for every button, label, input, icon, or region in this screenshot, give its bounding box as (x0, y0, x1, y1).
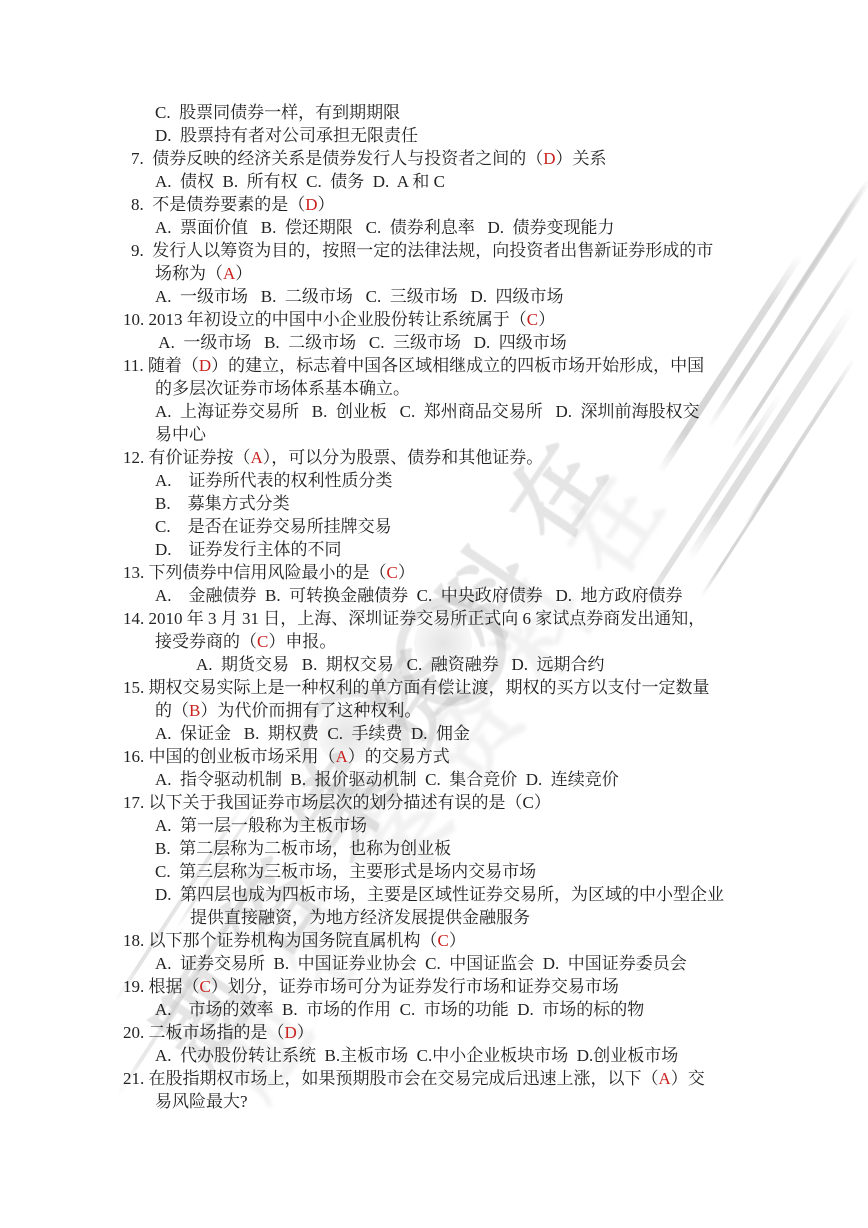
line-text: 13. 下列债券中信用风险最小的是（ (123, 563, 387, 582)
document-line: 场称为（A） (0, 262, 868, 285)
answer-letter: C (257, 632, 268, 651)
line-text: 10. 2013 年初设立的中国中小企业股份转让系统属于（ (123, 310, 527, 329)
line-text: 易中心 (155, 425, 206, 444)
line-text: D. 股票持有者对公司承担无限责任 (155, 126, 418, 145)
document-line: B. 募集方式分类 (0, 492, 868, 515)
line-text: 8. 不是债券要素的是（ (131, 195, 305, 214)
document-page: { "page": {"background": "#ffffff", "tex… (0, 0, 868, 1228)
document-line: A. 代办股份转让系统 B.主板市场 C.中小企业板块市场 D.创业板市场 (0, 1044, 868, 1067)
document-line: 11. 随着（D）的建立，标志着中国各区域相继成立的四板市场开始形成，中国 (0, 354, 868, 377)
document-line: 接受券商的（C）申报。 (0, 630, 868, 653)
question-list: C. 股票同债券一样，有到期期限D. 股票持有者对公司承担无限责任7. 债券反映… (0, 101, 868, 1113)
document-line: C. 第三层称为三板市场，主要形式是场内交易市场 (0, 860, 868, 883)
document-line: 易风险最大? (0, 1090, 868, 1113)
line-text: B. 第二层称为二板市场，也称为创业板 (155, 839, 451, 858)
line-text: A. 市场的效率 B. 市场的作用 C. 市场的功能 D. 市场的标的物 (155, 1000, 644, 1019)
answer-letter: C (200, 977, 211, 996)
document-line: A. 期货交易 B. 期权交易 C. 融资融券 D. 远期合约 (0, 653, 868, 676)
document-line: 8. 不是债券要素的是（D） (0, 193, 868, 216)
document-line: C. 是否在证券交易所挂牌交易 (0, 515, 868, 538)
answer-letter: B (189, 701, 200, 720)
line-text: ） (398, 563, 415, 582)
document-line: 18. 以下那个证券机构为国务院直属机构（C） (0, 929, 868, 952)
document-line: A. 证券所代表的权利性质分类 (0, 469, 868, 492)
line-text: 17. 以下关于我国证券市场层次的划分描述有误的是（C） (123, 793, 551, 812)
document-line: D. 股票持有者对公司承担无限责任 (0, 124, 868, 147)
document-line: 16. 中国的创业板市场采用（A）的交易方式 (0, 745, 868, 768)
document-line: A. 债权 B. 所有权 C. 债务 D. A 和 C (0, 170, 868, 193)
document-line: 提供直接融资，为地方经济发展提供金融服务 (0, 906, 868, 929)
line-text: A. 上海证券交易所 B. 创业板 C. 郑州商品交易所 D. 深圳前海股权交 (155, 402, 699, 421)
line-text: D. 第四层也成为四板市场，主要是区域性证券交易所，为区域的中小型企业 (155, 885, 724, 904)
line-text: A. 证券交易所 B. 中国证券业协会 C. 中国证监会 D. 中国证券委员会 (155, 954, 687, 973)
line-text: ） (235, 264, 252, 283)
line-text: 接受券商的（ (155, 632, 257, 651)
document-line: 20. 二板市场指的是（D） (0, 1021, 868, 1044)
document-line: 13. 下列债券中信用风险最小的是（C） (0, 561, 868, 584)
answer-letter: A (336, 747, 348, 766)
line-text: A. 一级市场 B. 二级市场 C. 三级市场 D. 四级市场 (155, 333, 567, 352)
document-line: 的（B）为代价而拥有了这种权利。 (0, 699, 868, 722)
line-text: ）划分，证券市场可分为证券发行市场和证券交易市场 (211, 977, 619, 996)
line-text: A. 第一层一般称为主板市场 (155, 816, 367, 835)
line-text: A. 指令驱动机制 B. 报价驱动机制 C. 集合竞价 D. 连续竞价 (155, 770, 619, 789)
document-line: 17. 以下关于我国证券市场层次的划分描述有误的是（C） (0, 791, 868, 814)
line-text: 15. 期权交易实际上是一种权利的单方面有偿让渡，期权的买方以支付一定数量 (123, 678, 710, 697)
line-text: 的（ (155, 701, 189, 720)
line-text: A. 保证金 B. 期权费 C. 手续费 D. 佣金 (155, 724, 470, 743)
line-text: ）关系 (556, 149, 607, 168)
document-line: 9. 发行人以筹资为目的，按照一定的法律法规，向投资者出售新证券形成的市 (0, 239, 868, 262)
line-text: A. 证券所代表的权利性质分类 (155, 471, 393, 490)
line-text: D. 证券发行主体的不同 (155, 540, 342, 559)
answer-letter: D (199, 356, 211, 375)
line-text: A. 代办股份转让系统 B.主板市场 C.中小企业板块市场 D.创业板市场 (155, 1046, 678, 1065)
line-text: 14. 2010 年 3 月 31 日，上海、深圳证券交易所正式向 6 家试点券… (123, 609, 705, 628)
line-text: ）的交易方式 (348, 747, 450, 766)
line-text: C. 第三层称为三板市场，主要形式是场内交易市场 (155, 862, 536, 881)
document-line: A. 票面价值 B. 偿还期限 C. 债券利息率 D. 债券变现能力 (0, 216, 868, 239)
line-text: A. 一级市场 B. 二级市场 C. 三级市场 D. 四级市场 (155, 287, 563, 306)
answer-letter: C (527, 310, 538, 329)
line-text: ）的建立，标志着中国各区域相继成立的四板市场开始形成，中国 (211, 356, 704, 375)
line-text: 12. 有价证券按（ (123, 448, 251, 467)
line-text: 21. 在股指期权市场上，如果预期股市会在交易完成后迅速上涨，以下（ (123, 1069, 659, 1088)
answer-letter: D (543, 149, 555, 168)
line-text: 11. 随着（ (123, 356, 199, 375)
line-text: 16. 中国的创业板市场采用（ (123, 747, 336, 766)
line-text: ）为代价而拥有了这种权利。 (200, 701, 421, 720)
line-text: ） (449, 931, 466, 950)
document-line: A. 一级市场 B. 二级市场 C. 三级市场 D. 四级市场 (0, 331, 868, 354)
document-line: 19. 根据（C）划分，证券市场可分为证券发行市场和证券交易市场 (0, 975, 868, 998)
line-text: 的多层次证券市场体系基本确立。 (155, 379, 410, 398)
document-line: A. 证券交易所 B. 中国证券业协会 C. 中国证监会 D. 中国证券委员会 (0, 952, 868, 975)
document-line: A. 第一层一般称为主板市场 (0, 814, 868, 837)
line-text: ） (538, 310, 555, 329)
line-text: A. 票面价值 B. 偿还期限 C. 债券利息率 D. 债券变现能力 (155, 218, 614, 237)
line-text: C. 股票同债券一样，有到期期限 (155, 103, 400, 122)
line-text: 易风险最大? (155, 1092, 248, 1111)
document-line: 的多层次证券市场体系基本确立。 (0, 377, 868, 400)
line-text: 9. 发行人以筹资为目的，按照一定的法律法规，向投资者出售新证券形成的市 (131, 241, 713, 260)
line-text: C. 是否在证券交易所挂牌交易 (155, 517, 392, 536)
line-text: A. 债权 B. 所有权 C. 债务 D. A 和 C (155, 172, 445, 191)
answer-letter: C (387, 563, 398, 582)
answer-letter: D (285, 1023, 297, 1042)
document-line: A. 金融债券 B. 可转换金融债券 C. 中央政府债券 D. 地方政府债券 (0, 584, 868, 607)
line-text: B. 募集方式分类 (155, 494, 290, 513)
line-text: A. 金融债券 B. 可转换金融债券 C. 中央政府债券 D. 地方政府债券 (155, 586, 682, 605)
document-line: C. 股票同债券一样，有到期期限 (0, 101, 868, 124)
document-line: A. 市场的效率 B. 市场的作用 C. 市场的功能 D. 市场的标的物 (0, 998, 868, 1021)
document-line: A. 指令驱动机制 B. 报价驱动机制 C. 集合竞价 D. 连续竞价 (0, 768, 868, 791)
document-line: D. 证券发行主体的不同 (0, 538, 868, 561)
document-line: 15. 期权交易实际上是一种权利的单方面有偿让渡，期权的买方以支付一定数量 (0, 676, 868, 699)
line-text: 19. 根据（ (123, 977, 200, 996)
line-text: 20. 二板市场指的是（ (123, 1023, 285, 1042)
document-line: A. 保证金 B. 期权费 C. 手续费 D. 佣金 (0, 722, 868, 745)
line-text: ），可以分为股票、债券和其他证券。 (263, 448, 544, 467)
document-line: 14. 2010 年 3 月 31 日，上海、深圳证券交易所正式向 6 家试点券… (0, 607, 868, 630)
document-line: B. 第二层称为二板市场，也称为创业板 (0, 837, 868, 860)
line-text: 提供直接融资，为地方经济发展提供金融服务 (190, 908, 530, 927)
answer-letter: A (659, 1069, 671, 1088)
answer-letter: A (223, 264, 235, 283)
answer-letter: D (305, 195, 317, 214)
line-text: 18. 以下那个证券机构为国务院直属机构（ (123, 931, 438, 950)
document-line: 易中心 (0, 423, 868, 446)
line-text: A. 期货交易 B. 期权交易 C. 融资融券 D. 远期合约 (196, 655, 604, 674)
line-text: ） (297, 1023, 314, 1042)
line-text: ）交 (671, 1069, 705, 1088)
document-line: A. 一级市场 B. 二级市场 C. 三级市场 D. 四级市场 (0, 285, 868, 308)
document-line: 12. 有价证券按（A），可以分为股票、债券和其他证券。 (0, 446, 868, 469)
document-line: 21. 在股指期权市场上，如果预期股市会在交易完成后迅速上涨，以下（A）交 (0, 1067, 868, 1090)
line-text: 7. 债券反映的经济关系是债券发行人与投资者之间的（ (131, 149, 543, 168)
document-line: D. 第四层也成为四板市场，主要是区域性证券交易所，为区域的中小型企业 (0, 883, 868, 906)
answer-letter: A (251, 448, 263, 467)
line-text: ） (318, 195, 335, 214)
document-line: A. 上海证券交易所 B. 创业板 C. 郑州商品交易所 D. 深圳前海股权交 (0, 400, 868, 423)
answer-letter: C (438, 931, 449, 950)
line-text: ）申报。 (268, 632, 336, 651)
document-line: 10. 2013 年初设立的中国中小企业股份转让系统属于（C） (0, 308, 868, 331)
line-text: 场称为（ (155, 264, 223, 283)
document-line: 7. 债券反映的经济关系是债券发行人与投资者之间的（D）关系 (0, 147, 868, 170)
